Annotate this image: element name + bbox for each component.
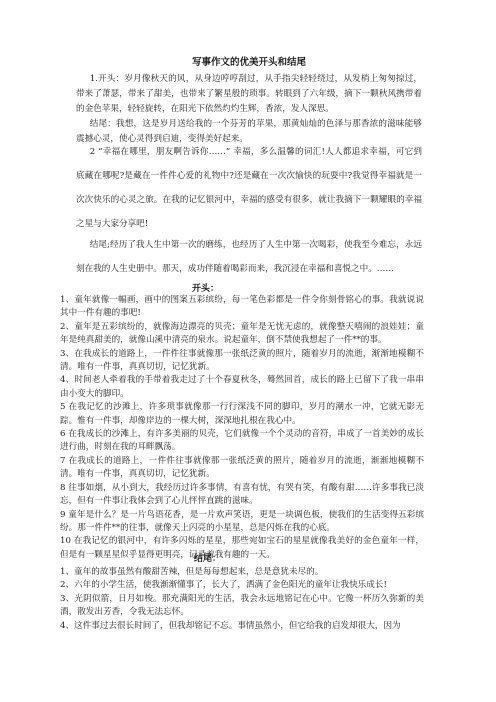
list-item: 6 在我成长的沙滩上，有许多美丽的贝壳，它们就像一个个灵动的音符，串成了一首美妙… bbox=[60, 428, 424, 455]
list-item: 4、这件事过去很长时间了，但我却铭记不忘。事情虽然小，但它给我的启发却很大，因为 bbox=[60, 620, 424, 633]
list-item: 9 童年是什么？是一片鸟语花香，是一片欢声笑语，更是一块调色板，使我们的生活变得… bbox=[60, 509, 424, 536]
example2-opening: 2 “幸福在哪里，朋友啊告诉你……” 幸福，多么温馨的词汇!人人都追求幸福，可它… bbox=[76, 140, 422, 236]
endings-list: 1、童年的故事虽然有酸甜苦辣，但是每每想起来，总是意犹未尽的。 2、六年的小学生… bbox=[60, 566, 424, 633]
list-item: 10 在我记忆的银河中，有许多闪烁的星星，那些宛如宝石的星星就像我美好的金色童年… bbox=[60, 535, 424, 562]
list-item: 8 往事如烟，从小到大，我经历过许多事情，有喜有忧，有哭有笑，有酸有甜……许多事… bbox=[60, 482, 424, 509]
document-title: 写事作文的优美开头和结尾 bbox=[76, 54, 422, 68]
list-item: 4、时间老人牵着我的手带着我走过了十个春夏秋冬，蓦然回首，成长的路上已留下了我一… bbox=[60, 374, 424, 401]
openings-list: 1、童年就像一幅画，画中的图案五彩缤纷，每一笔色彩都是一件令你刻骨铭心的事。我就… bbox=[60, 294, 424, 562]
list-item: 1、童年就像一幅画，画中的图案五彩缤纷，每一笔色彩都是一件令你刻骨铭心的事。我就… bbox=[60, 294, 424, 321]
endings-heading: 结尾： bbox=[194, 551, 221, 564]
list-item: 3、在我成长的道路上，一件件往事就像那一张纸泛黄的照片，随着岁月的流逝，渐渐地模… bbox=[60, 348, 424, 375]
example2-ending: 结尾;经历了我人生中第一次的磨练，也经历了人生中第一次喝彩，使我至今难忘，永远刻… bbox=[76, 233, 422, 281]
list-item: 7 在我成长的道路上，一件件往事就像那一张纸泛黄的照片，随着岁月的流逝，渐渐地模… bbox=[60, 455, 424, 482]
list-item: 5 在我记忆的沙滩上，许多琐事就像那一行行深浅不同的脚印，岁月的潮水一冲，它就无… bbox=[60, 401, 424, 428]
list-item: 3、光阴似箭，日月如梭。那充满阳光的生活，我会永远地铭记在心中。它像一杯历久弥新… bbox=[60, 593, 424, 620]
list-item: 1、童年的故事虽然有酸甜苦辣，但是每每想起来，总是意犹未尽的。 bbox=[60, 566, 424, 579]
openings-heading: 开头： bbox=[192, 281, 219, 294]
list-item: 2、六年的小学生活，使我渐渐懂事了，长大了，洒满了金色阳光的童年让我快乐成长! bbox=[60, 579, 424, 592]
example1-opening: 1.开头：岁月像秋天的风，从身边哼哼刮过，从手指尖轻轻绕过，从发梢上匆匆掠过，带… bbox=[76, 72, 422, 117]
list-item: 2、童年是五彩缤纷的，就像海边漂亮的贝壳；童年是无忧无虑的，就像整天嘻闹的浪娃娃… bbox=[60, 321, 424, 348]
